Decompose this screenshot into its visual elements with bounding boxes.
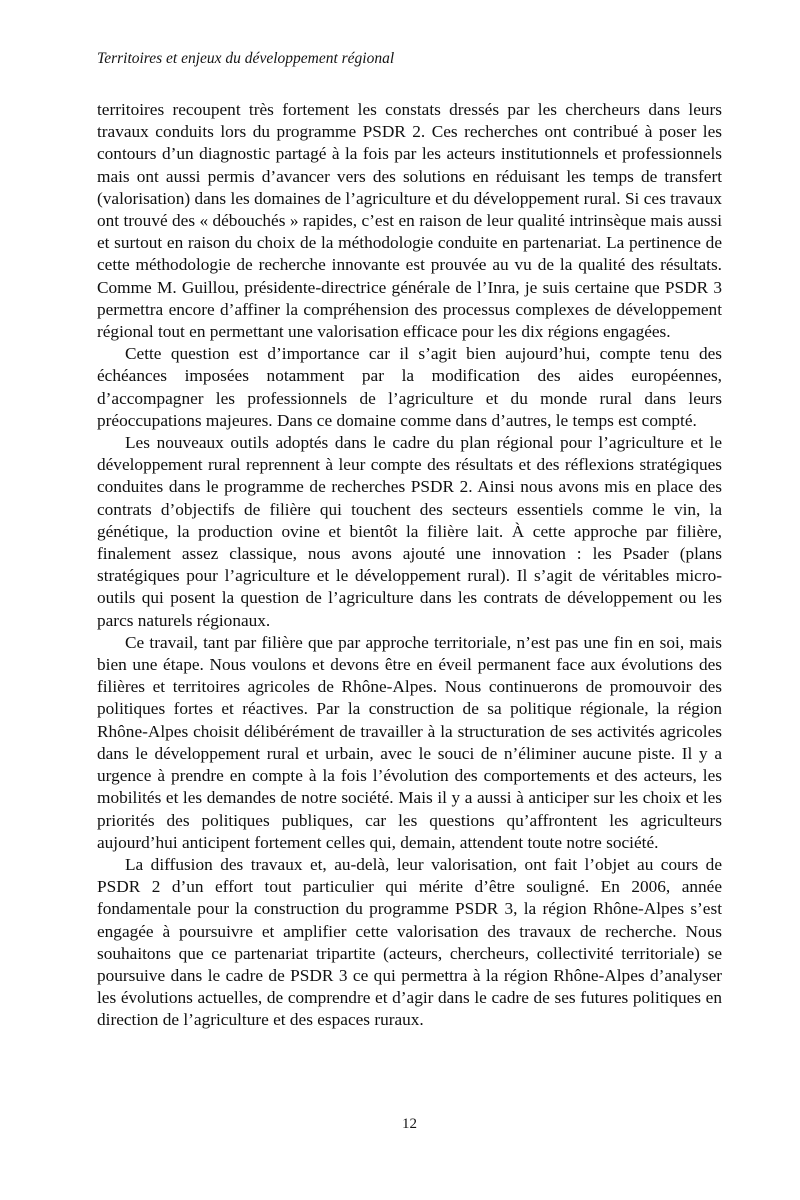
page-number: 12 [97, 1116, 722, 1133]
book-page: Territoires et enjeux du développement r… [0, 0, 800, 1200]
page-body: territoires recoupent très fortement les… [97, 99, 722, 1032]
paragraph: La diffusion des travaux et, au-delà, le… [97, 854, 722, 1032]
paragraph: Ce travail, tant par filière que par app… [97, 632, 722, 854]
paragraph: Les nouveaux outils adoptés dans le cadr… [97, 432, 722, 632]
running-header: Territoires et enjeux du développement r… [97, 50, 722, 68]
paragraph: Cette question est d’importance car il s… [97, 343, 722, 432]
paragraph: territoires recoupent très fortement les… [97, 99, 722, 343]
